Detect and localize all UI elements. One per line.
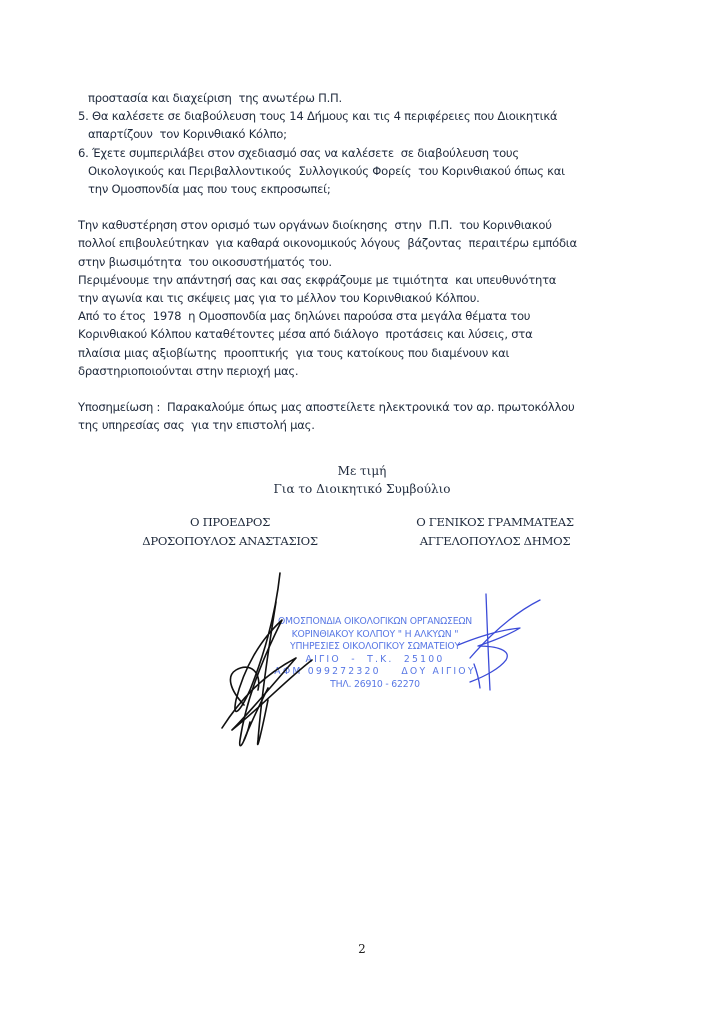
president-signature-icon — [222, 573, 312, 746]
page-number: 2 — [0, 942, 724, 956]
secretary-signature-icon — [458, 594, 540, 690]
document-page: προστασία και διαχείριση της ανωτέρω Π.Π… — [0, 0, 724, 1024]
handwritten-signatures — [0, 0, 724, 1024]
